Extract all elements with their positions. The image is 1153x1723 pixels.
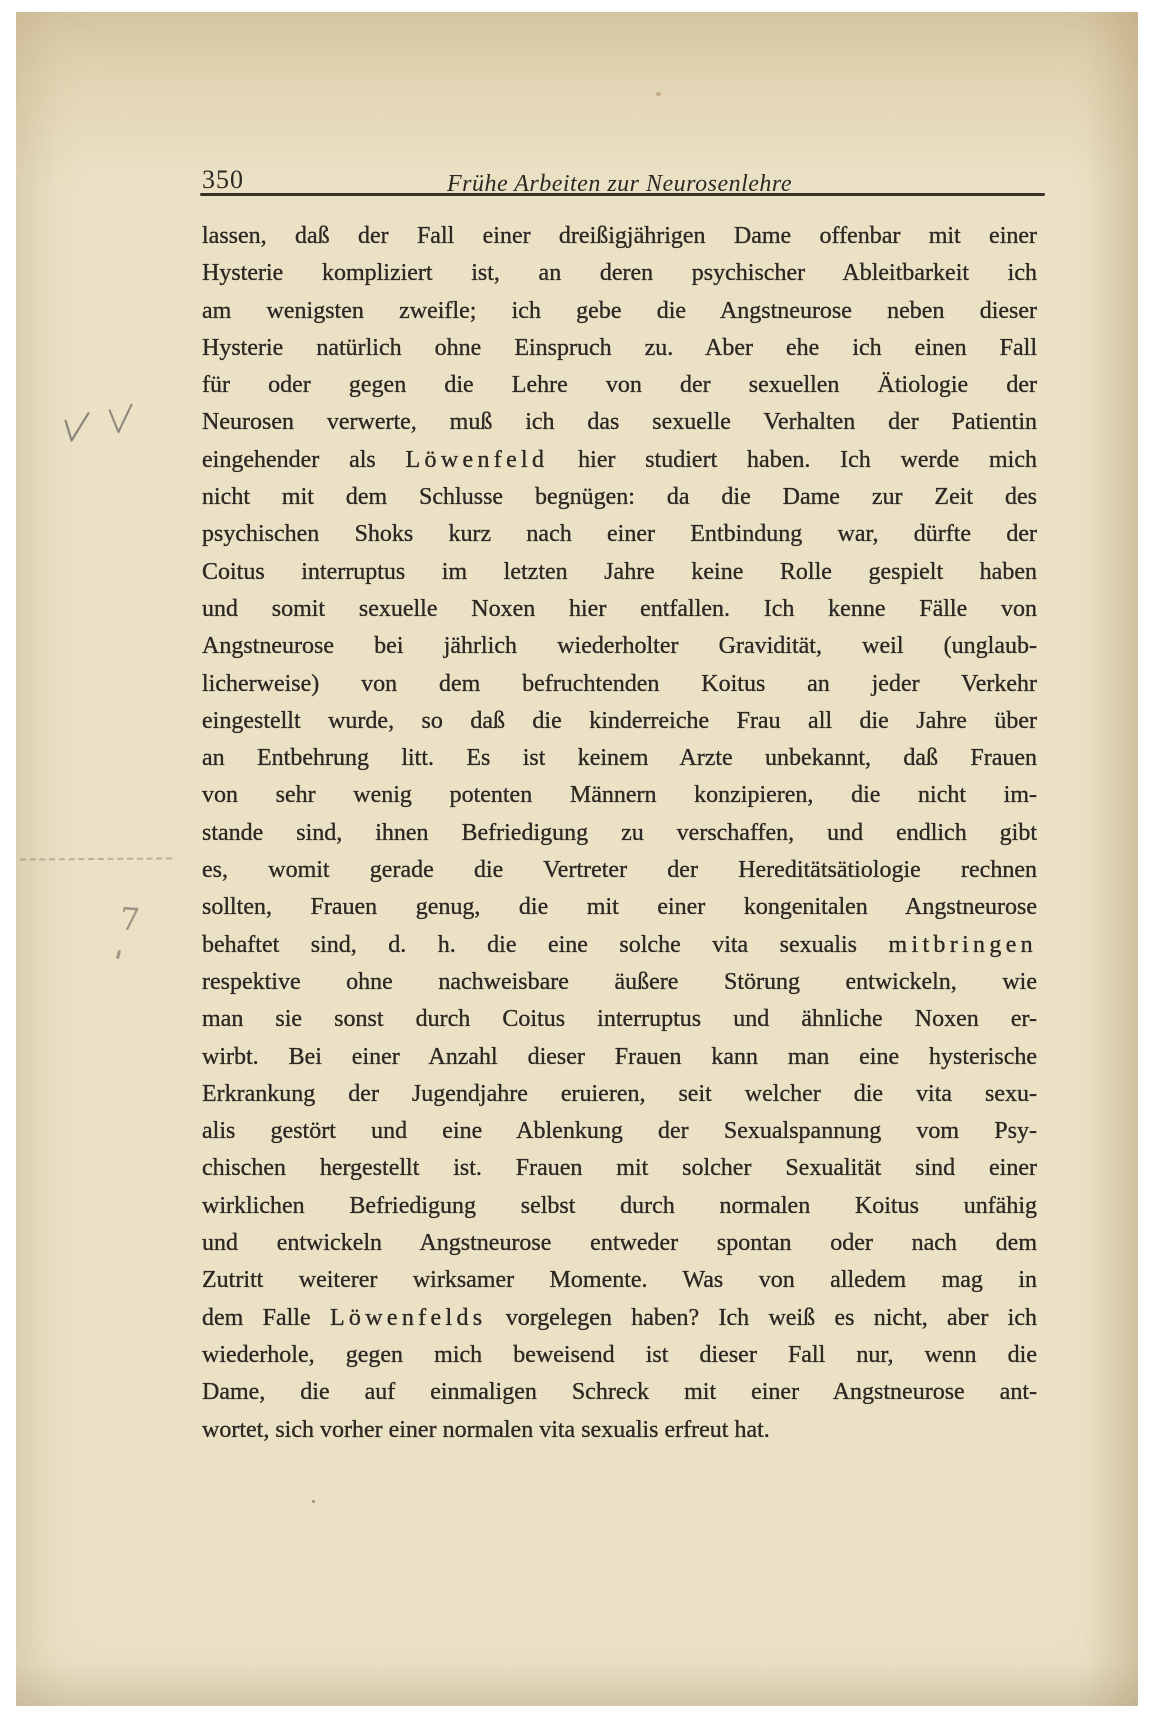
pencil-checkmark-icon xyxy=(105,401,136,436)
text-line: nicht mit dem Schlusse begnügen: da die … xyxy=(202,479,1037,516)
pencil-checkmark-icon xyxy=(60,409,93,446)
text-line: Hysterie kompliziert ist, an deren psych… xyxy=(202,255,1037,292)
text-line: und somit sexuelle Noxen hier entfallen.… xyxy=(202,591,1037,628)
text-line: eingehender als Löwenfeld hier studiert … xyxy=(202,442,1037,479)
text-line: Coitus interruptus im letzten Jahre kein… xyxy=(202,554,1037,591)
text-line: Hysterie natürlich ohne Einspruch zu. Ab… xyxy=(202,330,1037,367)
paper-speck xyxy=(656,92,661,96)
text-block: lassen, daß der Fall einer dreißigjährig… xyxy=(202,218,1037,1449)
text-line: von sehr wenig potenten Männern konzipie… xyxy=(202,777,1037,814)
text-line: wirklichen Befriedigung selbst durch nor… xyxy=(202,1188,1037,1225)
text-line: wirbt. Bei einer Anzahl dieser Frauen ka… xyxy=(202,1039,1037,1076)
text-line: und entwickeln Angstneurose entweder spo… xyxy=(202,1225,1037,1262)
text-line: Neurosen verwerte, muß ich das sexuelle … xyxy=(202,404,1037,441)
text-line: psychischen Shoks kurz nach einer Entbin… xyxy=(202,516,1037,553)
text-line: licherweise) von dem befruchtenden Koitu… xyxy=(202,666,1037,703)
paper-speck xyxy=(312,1500,315,1503)
text-line: Dame, die auf einmaligen Schreck mit ein… xyxy=(202,1374,1037,1411)
text-line: man sie sonst durch Coitus interruptus u… xyxy=(202,1001,1037,1038)
text-line: Zutritt weiterer wirksamer Momente. Was … xyxy=(202,1262,1037,1299)
text-line: sollten, Frauen genug, die mit einer kon… xyxy=(202,889,1037,926)
text-line: wiederhole, gegen mich beweisend ist die… xyxy=(202,1337,1037,1374)
text-line: Angstneurose bei jährlich wiederholter G… xyxy=(202,628,1037,665)
pencil-dashed-line xyxy=(20,857,172,860)
text-line: dem Falle Löwenfelds vorgelegen haben? I… xyxy=(202,1300,1037,1337)
text-line: an Entbehrung litt. Es ist keinem Arzte … xyxy=(202,740,1037,777)
text-line: lassen, daß der Fall einer dreißigjährig… xyxy=(202,218,1037,255)
text-line: es, womit gerade die Vertreter der Hered… xyxy=(202,852,1037,889)
text-line: am wenigsten zweifle; ich gebe die Angst… xyxy=(202,293,1037,330)
text-line: Erkrankung der Jugendjahre eruieren, sei… xyxy=(202,1076,1037,1113)
text-line: alis gestört und eine Ablenkung der Sexu… xyxy=(202,1113,1037,1150)
text-line: behaftet sind, d. h. die eine solche vit… xyxy=(202,927,1037,964)
text-line: für oder gegen die Lehre von der sexuell… xyxy=(202,367,1037,404)
text-line: stande sind, ihnen Befriedigung zu versc… xyxy=(202,815,1037,852)
header-rule xyxy=(200,193,1045,196)
text-line: wortet, sich vorher einer normalen vita … xyxy=(202,1412,1037,1449)
text-line: respektive ohne nachweisbare äußere Stör… xyxy=(202,964,1037,1001)
pencil-tick-mark xyxy=(116,950,121,959)
text-line: chischen hergestellt ist. Frauen mit sol… xyxy=(202,1150,1037,1187)
text-line: eingestellt wurde, so daß die kinderreic… xyxy=(202,703,1037,740)
scanned-book-page: 350 Frühe Arbeiten zur Neurosenlehre las… xyxy=(16,12,1138,1706)
pencil-margin-mark: 7 xyxy=(119,901,141,938)
